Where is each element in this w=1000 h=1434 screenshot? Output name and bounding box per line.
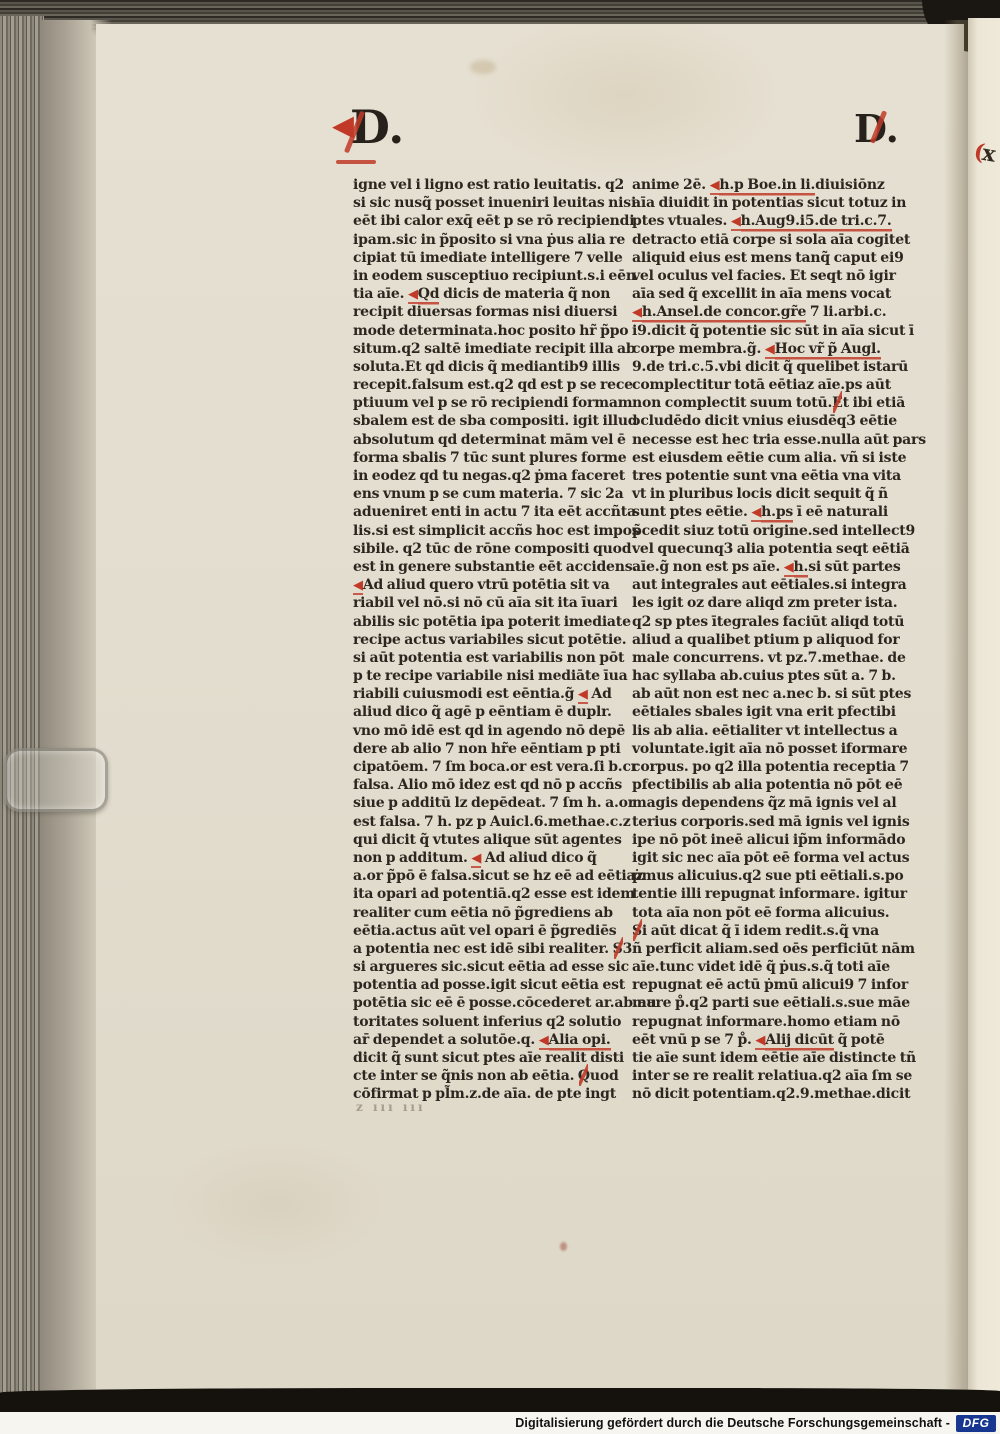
- text-segment: est eiusdem eētie cum alia. vñ si iste: [632, 450, 906, 466]
- text-segment: ɔcludēdo dicit vnius eiusdēq3 eētie: [632, 413, 897, 429]
- text-segment: les igit oz dare aliqd zm preter ista.: [632, 595, 897, 611]
- text-segment: si sic nusq̃ posset inueniri leuitas nis…: [353, 195, 636, 211]
- text-line: aliud a qualibet ptium p aliquod for: [632, 631, 914, 649]
- text-line: ar̄ dependet a solutōe.q. ◀Alia opi.: [353, 1031, 635, 1049]
- text-segment: ar̄ dependet a solutōe.q.: [353, 1032, 539, 1048]
- text-line: cipatōem. 7 ſm boca.or est vera.ſi b.cr: [353, 758, 635, 776]
- text-line: cte inter se q̃nis non ab eētia. Quod: [353, 1067, 635, 1085]
- text-line: sibile. q2 tūc de rōne compositi quod: [353, 540, 635, 558]
- text-line: repugnat eē actū ṗmū alicui9 7 infor: [632, 976, 914, 994]
- text-line: tentie illi repugnat informare. igitur: [632, 885, 914, 903]
- text-line: ptiuum vel p se rō recipiendi formam: [353, 394, 635, 412]
- text-segment: Ad aliud dico q̃: [481, 850, 596, 866]
- text-line: lis ab alia. eētialiter vt intellectus a: [632, 722, 914, 740]
- signature-mark: z ııı ııı: [356, 1100, 426, 1114]
- text-line: toritates soluent inferius q2 solutio: [353, 1013, 635, 1031]
- text-segment: anime 2ē.: [632, 177, 710, 193]
- text-line: potētia sic eē ē posse.cōcederet ar.ab.a…: [353, 994, 635, 1012]
- text-line: riabil vel nō.si nō cū aīa sit ita īuari: [353, 594, 635, 612]
- text-segment: mare p̊.q2 parti sue eētiali.s.sue māe: [632, 995, 910, 1011]
- text-segment: recepit.falsum est.q2 qd est p se rece: [353, 377, 633, 393]
- text-segment: Qd: [418, 286, 440, 302]
- text-segment: ibi etiā: [849, 395, 905, 411]
- text-segment: si argueres sic.sicut eētia ad esse sic: [353, 959, 629, 975]
- text-segment: falsa. Alio mō idez est qd nō p accñs: [353, 777, 622, 793]
- text-line: male concurrens. vt pz.7.methae. de: [632, 649, 914, 667]
- text-segment: aliud dico q̃ agē p eēntiam ē duplr.: [353, 704, 612, 720]
- text-segment: h.Aug9.i5.de tri.c.7.: [741, 213, 892, 229]
- text-line: ñ perficit aliam.sed oēs perficiūt nām: [632, 940, 914, 958]
- text-segment: p te recipe variabile nisi mediāte īua: [353, 668, 627, 684]
- text-segment: S3: [613, 940, 632, 958]
- text-segment: est in genere substantie eēt accidens.: [353, 559, 637, 575]
- text-segment: mode determinata.hoc posito hr̃ p̃po: [353, 323, 628, 339]
- text-segment: abilis sic potētia ipa poterit imediate: [353, 614, 631, 630]
- rubric-mark-icon: ◀: [731, 214, 741, 231]
- text-line: i9.dicit q̃ potentie sic sūt in aīa sicu…: [632, 322, 914, 340]
- text-line: tota aīa non pōt eē forma alicuius.: [632, 904, 914, 922]
- text-line: cipiat tū imediate intelligere 7 velle: [353, 249, 635, 267]
- text-line: mare p̊.q2 parti sue eētiali.s.sue māe: [632, 994, 914, 1012]
- text-segment: est falsa. 7 h. pz p Auicl.6.methae.c.z: [353, 814, 631, 830]
- text-line: forma sbalis 7 tūc sunt plures forme: [353, 449, 635, 467]
- text-line: ◀h.Ansel.de concor.gr̃e 7 li.arbi.c.: [632, 303, 914, 321]
- text-segment: corpus. po q2 illa potentia receptia 7: [632, 759, 909, 775]
- text-segment: aūt dicat q̃ ī idem redit.s.q̃ vna: [647, 923, 879, 939]
- text-line: dicit q̃ sunt sicut ptes aīe realit dist…: [353, 1049, 635, 1067]
- rubric-mark-icon: ◀: [408, 287, 418, 304]
- text-line: magis dependens q̃z mā ignis vel al: [632, 794, 914, 812]
- text-line: aīe.tunc videt idē q̃ ṗus.s.q̃ toti aīe: [632, 958, 914, 976]
- text-segment: qui dicit q̃ vtutes alique sūt agentes: [353, 832, 622, 848]
- text-segment: i9.dicit q̃ potentie sic sūt in aīa sicu…: [632, 323, 914, 339]
- text-segment: adueniret enti in actu 7 ita eēt accñta: [353, 504, 636, 520]
- text-segment: recipe actus variabiles sicut potētie.: [353, 632, 626, 648]
- text-line: les igit oz dare aliqd zm preter ista.: [632, 594, 914, 612]
- text-segment: toritates soluent inferius q2 solutio: [353, 1014, 621, 1030]
- text-line: tia aīe. ◀Qd dicis de materia q̃ non: [353, 285, 635, 303]
- text-segment: aīa diuidit in potentias sicut totuz in: [632, 195, 906, 211]
- text-segment: aliud a qualibet ptium p aliquod for: [632, 632, 900, 648]
- text-segment: eēt ibi calor exq̄ eēt p se rō recipiend…: [353, 213, 634, 229]
- facing-page-sliver: [968, 18, 1000, 1396]
- text-line: in eodez qd tu negas.q2 ṗma faceret: [353, 467, 635, 485]
- running-head-left: ◀D.: [332, 100, 404, 154]
- page-gutter-shadow: [944, 20, 968, 1396]
- dfg-logo: DFG: [956, 1415, 996, 1432]
- text-line: si sic nusq̃ posset inueniri leuitas nis…: [353, 194, 635, 212]
- rubric-mark-icon: ◀: [710, 178, 720, 195]
- text-segment: aīe.tunc videt idē q̃ ṗus.s.q̃ toti aīe: [632, 959, 890, 975]
- text-segment: lis ab alia. eētialiter vt intellectus a: [632, 723, 897, 739]
- text-column-left: igne vel i ligno est ratio leuitatis. q2…: [353, 176, 635, 1104]
- text-line: in eodem susceptiuo recipiunt.s.i eēn: [353, 267, 635, 285]
- rubric-mark-icon: ◀: [353, 578, 363, 595]
- text-line: terius corporis.sed mā ignis vel ignis: [632, 813, 914, 831]
- text-line: ipe nō pōt ineē alicui ip̃m informādo: [632, 831, 914, 849]
- text-line: recipe actus variabiles sicut potētie.: [353, 631, 635, 649]
- text-line: qui dicit q̃ vtutes alique sūt agentes: [353, 831, 635, 849]
- text-segment: eēt vnū p se 7 p̊.: [632, 1032, 755, 1048]
- text-segment: ṗmus alicuius.q2 sue pti eētiali.s.po: [632, 868, 904, 884]
- text-line: vel oculus vel facies. Et seqt nō igir: [632, 267, 914, 285]
- text-segment: voluntate.igit aīa nō posset iformare: [632, 741, 907, 757]
- text-line: si aūt potentia est variabilis non pōt: [353, 649, 635, 667]
- text-line: detracto etiā corpe si sola aīa cogitet: [632, 231, 914, 249]
- text-line: aut integrales aut eētiales.si integra: [632, 576, 914, 594]
- text-segment: dicis de materia q̃ non: [439, 286, 610, 302]
- text-segment: a.or p̃pō ē falsa.sicut se hz eē ad eēti…: [353, 868, 643, 884]
- scan-background-band: [0, 1388, 1000, 1414]
- text-line: hac syllaba ab.cuius ptes sūt a. 7 b.: [632, 667, 914, 685]
- text-line: eēt ibi calor exq̄ eēt p se rō recipiend…: [353, 212, 635, 230]
- text-segment: riabil vel nō.si nō cū aīa sit ita īuari: [353, 595, 618, 611]
- text-segment: male concurrens. vt pz.7.methae. de: [632, 650, 906, 666]
- rubric-mark-icon: ◀: [751, 505, 761, 522]
- scanned-book-page: { "page": { "header_left_mark": "◀", "he…: [0, 0, 1000, 1434]
- text-segment: ipe nō pōt ineē alicui ip̃m informādo: [632, 832, 905, 848]
- text-segment: vt in pluribus locis dicit sequit q̃ ñ: [632, 486, 888, 502]
- text-line: aīa diuidit in potentias sicut totuz in: [632, 194, 914, 212]
- text-segment: sunt ptes eētie.: [632, 504, 751, 520]
- text-line: vno mō idē est qd in agendo nō depē: [353, 722, 635, 740]
- text-line: ab aūt non est nec a.nec b. si sūt ptes: [632, 685, 914, 703]
- text-segment: forma sbalis 7 tūc sunt plures forme: [353, 450, 626, 466]
- text-line: recipit diuersas formas nisi diuersi: [353, 303, 635, 321]
- text-segment: magis dependens q̃z mā ignis vel al: [632, 795, 897, 811]
- text-line: necesse est hec tria esse.nulla aūt pars: [632, 431, 914, 449]
- text-line: ipam.sic in p̃posito si vna ṗus alia re: [353, 231, 635, 249]
- text-segment: dere ab alio 7 non hr̃e eēntiam p pti: [353, 741, 621, 757]
- text-line: dere ab alio 7 non hr̃e eēntiam p pti: [353, 740, 635, 758]
- text-segment: in eodem susceptiuo recipiunt.s.i eēn: [353, 268, 636, 284]
- rubric-mark-icon: ◀: [539, 1033, 549, 1050]
- text-segment: absolutum qd determinat mām vel ē: [353, 432, 626, 448]
- text-line: est in genere substantie eēt accidens.: [353, 558, 635, 576]
- text-line: p te recipe variabile nisi mediāte īua: [353, 667, 635, 685]
- text-segment: tia aīe.: [353, 286, 408, 302]
- text-segment: q2 sp ptes ītegrales faciūt aliqd totū: [632, 614, 904, 630]
- text-segment: igit sic nec aīa pōt eē forma vel actus: [632, 850, 909, 866]
- text-line: sbalem est de sba compositi. igit illud: [353, 412, 635, 430]
- text-line: si argueres sic.sicut eētia ad esse sic: [353, 958, 635, 976]
- text-line: aīa sed q̃ excellit in aīa mens vocat: [632, 285, 914, 303]
- text-segment: q̃ potē: [834, 1032, 885, 1048]
- text-line: mode determinata.hoc posito hr̃ p̃po: [353, 322, 635, 340]
- text-segment: Et: [832, 394, 849, 412]
- credit-text: Digitalisierung gefördert durch die Deut…: [515, 1416, 950, 1430]
- text-segment: aīa sed q̃ excellit in aīa mens vocat: [632, 286, 891, 302]
- text-line: adueniret enti in actu 7 ita eēt accñta: [353, 503, 635, 521]
- text-line: q2 sp ptes ītegrales faciūt aliqd totū: [632, 613, 914, 631]
- paper-stain: [470, 60, 496, 74]
- rubric-mark-icon: ◀: [632, 305, 642, 322]
- facing-page-text-fragment: (x: [972, 139, 996, 168]
- rubric-mark-icon: ◀: [784, 560, 794, 577]
- text-segment: ab aūt non est nec a.nec b. si sūt ptes: [632, 686, 911, 702]
- text-segment: h.: [794, 559, 809, 575]
- text-segment: nō dicit potentiam.q2.9.methae.dicit: [632, 1086, 910, 1102]
- text-segment: tres potentie sunt vna eētia vna vita: [632, 468, 901, 484]
- text-line: igne vel i ligno est ratio leuitatis. q2: [353, 176, 635, 194]
- text-line: realiter cum eētia nō p̃grediens ab: [353, 904, 635, 922]
- text-segment: si aūt potentia est variabilis non pōt: [353, 650, 624, 666]
- text-segment: ipam.sic in p̃posito si vna ṗus alia re: [353, 232, 625, 248]
- text-segment: in eodez qd tu negas.q2 ṗma faceret: [353, 468, 625, 484]
- text-line: est falsa. 7 h. pz p Auicl.6.methae.c.z: [353, 813, 635, 831]
- text-line: aliud dico q̃ agē p eēntiam ē duplr.: [353, 703, 635, 721]
- text-segment: Ad: [588, 686, 612, 702]
- text-line: recepit.falsum est.q2 qd est p se rece: [353, 376, 635, 394]
- text-segment: non complectit suum totū.: [632, 395, 832, 411]
- text-segment: Quod: [578, 1067, 619, 1085]
- text-line: ṗmus alicuius.q2 sue pti eētiali.s.po: [632, 867, 914, 885]
- text-line: ɔcludēdo dicit vnius eiusdēq3 eētie: [632, 412, 914, 430]
- text-segment: ita opari ad potentiā.q2 esse est idem: [353, 886, 635, 902]
- text-line: sunt ptes eētie. ◀h.ps ī eē naturali: [632, 503, 914, 521]
- text-line: lis.si est simplicit accñs hoc est impos: [353, 522, 635, 540]
- text-line: corpe membra.g̃. ◀Hoc vr̃ p̃ Augl.: [632, 340, 914, 358]
- text-line: vel quecunq3 alia potentia seqt eētiā: [632, 540, 914, 558]
- text-line: 9.de tri.c.5.vbi dicit q̃ quelibet istar…: [632, 358, 914, 376]
- paper-stain: [560, 1242, 567, 1251]
- text-segment: cte inter se q̃nis non ab eētia.: [353, 1068, 578, 1084]
- text-segment: ens vnum p se cum materia. 7 sic 2a: [353, 486, 624, 502]
- text-segment: eētia.actus aūt vel opari ē p̃grediēs: [353, 923, 616, 939]
- text-segment: h.Ansel.de concor.gr̃e: [642, 304, 806, 320]
- text-line: riabili cuiusmodi est eēntia.g̃ ◀ Ad: [353, 685, 635, 703]
- text-line: aliquid eius est mens tanq̃ caput ei9: [632, 249, 914, 267]
- text-segment: ptes vtuales.: [632, 213, 731, 229]
- text-line: tie aīe sunt idem eētie aīe distincte tñ: [632, 1049, 914, 1067]
- text-segment: diuisiōnz: [815, 177, 884, 193]
- text-line: vt in pluribus locis dicit sequit q̃ ñ: [632, 485, 914, 503]
- text-segment: vel oculus vel facies. Et seqt nō igir: [632, 268, 896, 284]
- text-segment: Si: [632, 922, 647, 940]
- text-line: anime 2ē. ◀h.p Boe.in li.diuisiōnz: [632, 176, 914, 194]
- rubric-mark-icon: ◀: [578, 687, 588, 704]
- text-line: p̃cedit siuz totū origine.sed intellect9: [632, 522, 914, 540]
- text-segment: detracto etiā corpe si sola aīa cogitet: [632, 232, 910, 248]
- text-line: igit sic nec aīa pōt eē forma vel actus: [632, 849, 914, 867]
- text-segment: potētia sic eē ē posse.cōcederet ar.ab.a…: [353, 995, 656, 1011]
- text-segment: eētiales sbales igit vna erit pfectibi: [632, 704, 896, 720]
- text-segment: 9.de tri.c.5.vbi dicit q̃ quelibet istar…: [632, 359, 908, 375]
- text-line: eēt vnū p se 7 p̊. ◀Alij dicūt q̃ potē: [632, 1031, 914, 1049]
- text-segment: soluta.Et qd dicis q̃ mediantib9 illis: [353, 359, 620, 375]
- text-segment: aliquid eius est mens tanq̃ caput ei9: [632, 250, 904, 266]
- rubric-mark-icon: ◀: [471, 851, 481, 868]
- text-line: voluntate.igit aīa nō posset iformare: [632, 740, 914, 758]
- text-segment: potentia ad posse.igit sicut eētia est: [353, 977, 625, 993]
- text-segment: Hoc vr̃ p̃ Augl.: [775, 341, 881, 357]
- text-line: eētiales sbales igit vna erit pfectibi: [632, 703, 914, 721]
- text-segment: h.ps: [761, 504, 793, 520]
- digitization-credit-bar: Digitalisierung gefördert durch die Deut…: [0, 1412, 1000, 1434]
- text-line: ens vnum p se cum materia. 7 sic 2a: [353, 485, 635, 503]
- text-line: non complectit suum totū.Et ibi etiā: [632, 394, 914, 412]
- text-line: corpus. po q2 illa potentia receptia 7: [632, 758, 914, 776]
- text-segment: terius corporis.sed mā ignis vel ignis: [632, 814, 910, 830]
- text-line: eētia.actus aūt vel opari ē p̃grediēs: [353, 922, 635, 940]
- text-segment: aīe.g̃ non est ps aīe.: [632, 559, 784, 575]
- text-line: ◀Ad aliud quero vtrū potētia sit va: [353, 576, 635, 594]
- text-segment: recipit diuersas formas nisi diuersi: [353, 304, 617, 320]
- text-segment: Alij dicūt: [765, 1032, 834, 1048]
- text-segment: h.p Boe.in li.: [719, 177, 815, 193]
- text-segment: vel quecunq3 alia potentia seqt eētiā: [632, 541, 910, 557]
- text-segment: sibile. q2 tūc de rōne compositi quod: [353, 541, 631, 557]
- text-segment: realiter cum eētia nō p̃grediens ab: [353, 905, 613, 921]
- text-line: tres potentie sunt vna eētia vna vita: [632, 467, 914, 485]
- text-segment: tie aīe sunt idem eētie aīe distincte tñ: [632, 1050, 916, 1066]
- text-column-right: anime 2ē. ◀h.p Boe.in li.diuisiōnzaīa di…: [632, 176, 914, 1104]
- text-segment: inter se re realit relatiua.q2 aīa ſm se: [632, 1068, 912, 1084]
- text-segment: pfectibilis ab alia potentia nō pōt eē: [632, 777, 902, 793]
- rubric-mark-icon: ◀: [765, 342, 775, 359]
- text-segment: igne vel i ligno est ratio leuitatis. q2: [353, 177, 624, 193]
- text-segment: p̃cedit siuz totū origine.sed intellect9: [632, 523, 915, 539]
- text-segment: Alia opi.: [549, 1032, 611, 1048]
- book-foredge-pages: [0, 16, 44, 1402]
- rubric-mark-icon: ◀: [755, 1033, 765, 1050]
- text-segment: situm.q2 saltē imediate recipit illa ab: [353, 341, 635, 357]
- text-segment: necesse est hec tria esse.nulla aūt pars: [632, 432, 926, 448]
- text-segment: cipiat tū imediate intelligere 7 velle: [353, 250, 623, 266]
- text-line: soluta.Et qd dicis q̃ mediantib9 illis: [353, 358, 635, 376]
- text-segment: repugnat eē actū ṗmū alicui9 7 infor: [632, 977, 908, 993]
- text-line: absolutum qd determinat mām vel ē: [353, 431, 635, 449]
- text-segment: ñ perficit aliam.sed oēs perficiūt nām: [632, 941, 915, 957]
- text-segment: tentie illi repugnat informare. igitur: [632, 886, 907, 902]
- text-segment: 7 li.arbi.c.: [806, 304, 886, 320]
- text-line: ita opari ad potentiā.q2 esse est idem: [353, 885, 635, 903]
- text-line: inter se re realit relatiua.q2 aīa ſm se: [632, 1067, 914, 1085]
- text-segment: siue p additū lz depēdeat. 7 ſm h. a.or: [353, 795, 635, 811]
- text-line: pfectibilis ab alia potentia nō pōt eē: [632, 776, 914, 794]
- text-segment: a potentia nec est idē sibi realiter.: [353, 941, 613, 957]
- text-segment: lis.si est simplicit accñs hoc est impos: [353, 523, 639, 539]
- text-segment: non p additum.: [353, 850, 471, 866]
- text-line: non p additum. ◀ Ad aliud dico q̃: [353, 849, 635, 867]
- text-line: falsa. Alio mō idez est qd nō p accñs: [353, 776, 635, 794]
- text-line: ptes vtuales. ◀h.Aug9.i5.de tri.c.7.: [632, 212, 914, 230]
- rubrication-stroke: [336, 160, 376, 164]
- text-segment: sbalem est de sba compositi. igit illud: [353, 413, 637, 429]
- text-segment: si sūt partes: [808, 559, 900, 575]
- text-line: potentia ad posse.igit sicut eētia est: [353, 976, 635, 994]
- text-segment: vno mō idē est qd in agendo nō depē: [353, 723, 625, 739]
- text-segment: hac syllaba ab.cuius ptes sūt a. 7 b.: [632, 668, 896, 684]
- text-segment: ptiuum vel p se rō recipiendi formam: [353, 395, 632, 411]
- text-segment: aut integrales aut eētiales.si integra: [632, 577, 907, 593]
- text-segment: complectitur totā eētiaz aīe.ps aūt: [632, 377, 891, 393]
- text-line: nō dicit potentiam.q2.9.methae.dicit: [632, 1085, 914, 1103]
- text-segment: Ad aliud quero vtrū potētia sit va: [363, 577, 610, 593]
- text-line: Si aūt dicat q̃ ī idem redit.s.q̃ vna: [632, 922, 914, 940]
- text-line: repugnat informare.homo etiam nō: [632, 1013, 914, 1031]
- text-segment: corpe membra.g̃.: [632, 341, 765, 357]
- page-holder-clip: [4, 748, 108, 812]
- text-line: siue p additū lz depēdeat. 7 ſm h. a.or: [353, 794, 635, 812]
- text-segment: riabili cuiusmodi est eēntia.g̃: [353, 686, 578, 702]
- text-line: a potentia nec est idē sibi realiter. S3: [353, 940, 635, 958]
- text-segment: repugnat informare.homo etiam nō: [632, 1014, 900, 1030]
- text-segment: ī eē naturali: [793, 504, 888, 520]
- text-segment: tota aīa non pōt eē forma alicuius.: [632, 905, 889, 921]
- text-line: situm.q2 saltē imediate recipit illa ab: [353, 340, 635, 358]
- text-line: complectitur totā eētiaz aīe.ps aūt: [632, 376, 914, 394]
- text-line: a.or p̃pō ē falsa.sicut se hz eē ad eēti…: [353, 867, 635, 885]
- text-segment: cipatōem. 7 ſm boca.or est vera.ſi b.cr: [353, 759, 638, 775]
- text-line: est eiusdem eētie cum alia. vñ si iste: [632, 449, 914, 467]
- text-line: aīe.g̃ non est ps aīe. ◀h.si sūt partes: [632, 558, 914, 576]
- text-line: abilis sic potētia ipa poterit imediate: [353, 613, 635, 631]
